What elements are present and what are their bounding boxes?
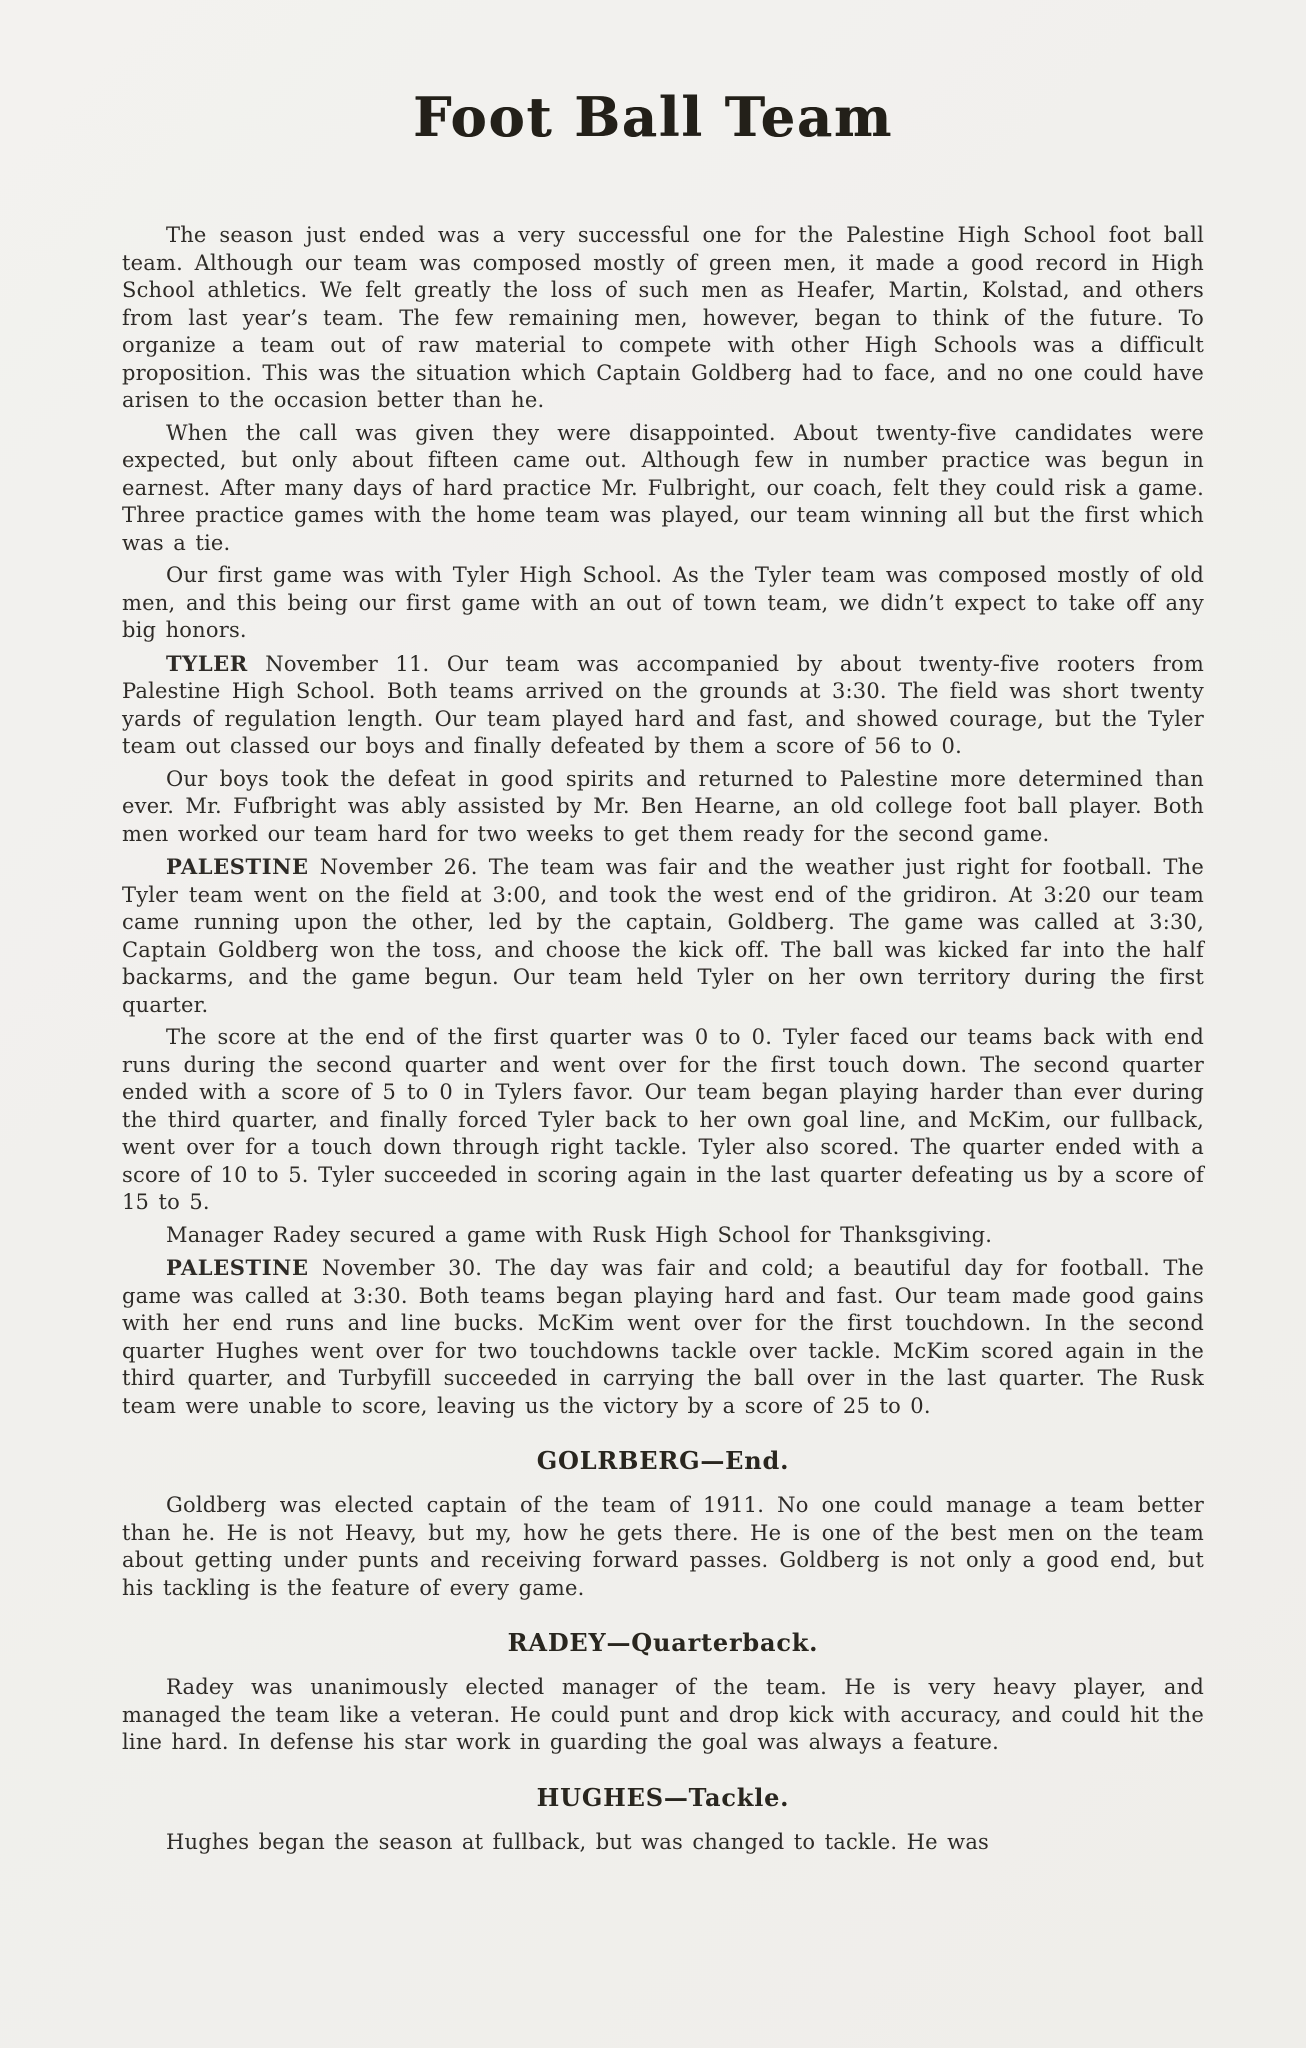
paragraph-text: November 11. Our team was accompanied by… <box>122 652 1204 759</box>
paragraph: The score at the end of the first quarte… <box>122 1024 1204 1217</box>
paragraph-text: November 30. The day was fair and cold; … <box>122 1256 1204 1418</box>
paragraph: Our boys took the defeat in good spirits… <box>122 766 1204 849</box>
paragraph: The season just ended was a very success… <box>122 222 1204 415</box>
section-paragraph: Radey was unanimously elected manager of… <box>122 1674 1204 1757</box>
paragraph-lead: PALESTINE <box>166 1255 309 1280</box>
paragraph-lead: TYLER <box>166 651 248 676</box>
paragraph: PALESTINE November 30. The day was fair … <box>122 1254 1204 1420</box>
paragraph: Manager Radey secured a game with Rusk H… <box>122 1222 1204 1250</box>
section-heading-golrberg: GOLRBERG—End. <box>122 1447 1204 1475</box>
section-heading-hughes: HUGHES—Tackle. <box>122 1784 1204 1812</box>
paragraph: Our first game was with Tyler High Schoo… <box>122 562 1204 645</box>
scanned-document-page: Foot Ball Team The season just ended was… <box>0 0 1306 2048</box>
paragraph: TYLER November 11. Our team was accompan… <box>122 650 1204 761</box>
page-title: Foot Ball Team <box>0 0 1306 150</box>
section-paragraph: Hughes began the season at fullback, but… <box>122 1829 1204 1857</box>
paragraph-lead: PALESTINE <box>166 854 309 879</box>
section-paragraph: Goldberg was elected captain of the team… <box>122 1492 1204 1602</box>
section-heading-radey: RADEY—Quarterback. <box>122 1629 1204 1657</box>
paragraph: PALESTINE November 26. The team was fair… <box>122 853 1204 1019</box>
document-body: The season just ended was a very success… <box>0 150 1306 1856</box>
paragraph-text: November 26. The team was fair and the w… <box>122 855 1204 1017</box>
paragraph: When the call was given they were disapp… <box>122 420 1204 558</box>
